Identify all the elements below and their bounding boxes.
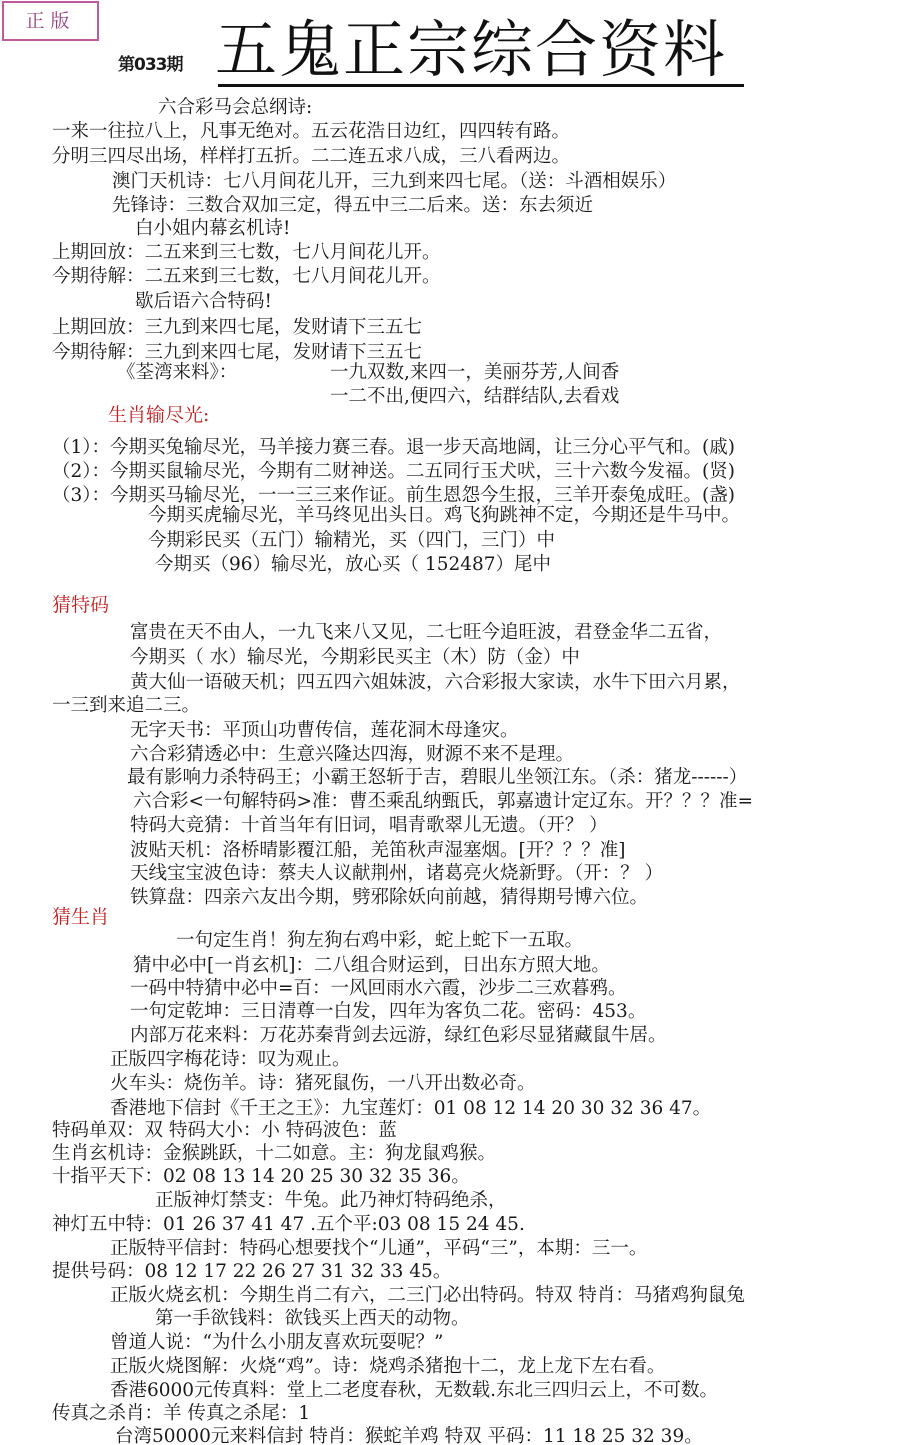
text-line: （1）：今期买兔输尽光，马羊接力赛三春。退一步天高地阔，让三分心平气和。(戚) [52,437,735,459]
text-line: 猜中必中[一肖玄机]：二八组合财运到，日出东方照大地。 [133,955,610,977]
text-line: 正版特平信封：特码心想要找个“儿通”，平码“三”，本期：三一。 [110,1238,647,1260]
text-line: 提供号码：08 12 17 22 26 27 31 32 33 45。 [52,1261,451,1283]
text-line: 富贵在天不由人，一九飞来八又见，二七旺今追旺波，君登金华二五省， [130,622,722,644]
text-line: 第一手欲钱料：欲钱买上西天的动物。 [155,1308,470,1330]
text-line: 特码大竞猜：十首当年有旧词，唱青歌翠儿无遗。（开？ ） [130,815,608,837]
text-line: 生肖玄机诗：金猴跳跃，十二如意。主：狗龙鼠鸡猴。 [52,1143,496,1165]
text-line: 传真之杀肖：羊 传真之杀尾：1 [52,1403,310,1425]
text-line: 上期回放：三九到来四七尾，发财请下三五七 [52,317,422,339]
text-line: 十指平天下：02 08 13 14 20 25 30 32 35 36。 [52,1166,470,1188]
text-line: 神灯五中特：01 26 37 41 47 .五个平:03 08 15 24 45… [52,1214,525,1236]
text-line: 内部万花来料：万花苏秦背剑去远游，绿红色彩尽显猪藏鼠牛居。 [130,1025,667,1047]
text-line: 上期回放：二五来到三七数，七八月间花儿开。 [52,242,441,264]
text-line: 一句定生肖！狗左狗右鸡中彩，蛇上蛇下一五取。 [176,930,583,952]
text-line: 六合彩<一句解特码>准：曹丕乘乱纳甄氏，郭嘉遗计定辽东。开？？？准= [133,791,753,813]
text-line: 正版神灯禁支：牛兔。此乃神灯特码绝杀， [155,1190,507,1212]
text-line: 天线宝宝波色诗：蔡夫人议献荆州，诸葛亮火烧新野。（开：？ ） [130,863,663,885]
text-line: 香港6000元传真料：堂上二老度春秋，无数载.东北三四归云上，不可数。 [110,1380,718,1402]
page-title: 五鬼正宗综合资料 [215,15,727,85]
text-line: 今期待解：二五来到三七数，七八月间花儿开。 [52,266,441,288]
text-line: （3）：今期买马输尽光，一一三三来作证。前生恩怨今生报，三羊开泰兔成旺。(盏) [52,485,735,507]
text-line: 六合彩马会总纲诗: [158,97,312,119]
text-line: 先锋诗：三数合双加三定，得五中三二后来。送：东去须近 [112,195,593,217]
text-line: 一九双数,来四一，美丽芬芳,人间香 [330,362,619,384]
text-line: 一二不出,便四六，结群结队,去看戏 [330,386,619,408]
title-underline [218,84,744,87]
text-line: 歇后语六合特码! [135,291,272,313]
text-line: 波贴天机：洛桥晴影覆江船，羌笛秋声湿塞烟。[开？？？准] [130,840,625,862]
text-line: 一三到来追二三。 [52,695,200,717]
text-line: 白小姐内幕玄机诗! [135,218,290,240]
section-heading: 生肖输尽光: [108,404,209,426]
text-line: 六合彩猜透必中：生意兴隆达四海，财源不来不是理。 [130,744,574,766]
text-line: 无字天书：平顶山功曹传信，莲花洞木母逢灾。 [130,720,519,742]
text-line: 正版火烧图解：火烧“鸡”。诗：烧鸡杀猪抱十二，龙上龙下左右看。 [110,1356,665,1378]
section-heading: 猜特码 [52,594,109,616]
text-line: 今期买虎输尽光，羊马终见出头日。鸡飞狗跳神不定，今期还是牛马中。 [148,505,740,527]
section-heading: 猜生肖 [52,906,109,928]
text-line: 台湾50000元来料信封 特肖：猴蛇羊鸡 特双 平码：11 18 25 32 3… [115,1426,703,1445]
text-line: 一句定乾坤：三日清尊一白发，四年为客负二花。密码：453。 [130,1001,646,1023]
text-line: 《荃湾来料》： [117,362,237,384]
text-line: 今期买（96）输尽光，放心买（ 152487）尾中 [155,554,551,576]
text-line: 曾道人说：“为什么小朋友喜欢玩耍呢？” [110,1332,443,1354]
text-line: 黄大仙一语破天机；四五四六姐妹波，六合彩报大家读，水牛下田六月累， [130,672,741,694]
zhengban-badge: 正版 [2,1,99,41]
text-line: 澳门天机诗：七八月间花儿开，三九到来四七尾。（送：斗酒相娱乐） [112,171,676,193]
issue-number: 第033期 [118,50,183,75]
text-line: 一码中特猜中必中=百：一风回雨水六霞，沙步二三欢暮鸦。 [130,978,627,1000]
text-line: 火车头：烧伤羊。诗：猪死鼠伤，一八开出数必奇。 [110,1073,536,1095]
text-line: 正版火烧玄机：今期生肖二有六，二三门必出特码。特双 特肖：马猪鸡狗鼠兔 [110,1285,745,1307]
text-line: 铁算盘：四亲六友出今期，劈邪除妖向前越，猜得期号博六位。 [130,887,648,909]
text-line: 今期待解：三九到来四七尾，发财请下三五七 [52,342,422,364]
text-line: 香港地下信封《千王之王》：九宝莲灯：01 08 12 14 20 30 32 3… [110,1098,711,1120]
text-line: 今期彩民买（五门）输精光，买（四门，三门）中 [148,530,555,552]
text-line: 最有影响力杀特码王；小霸王怒斩于吉，碧眼儿坐领江东。（杀：猪龙------） [127,767,747,789]
text-line: 分明三四尽出场，样样打五折。二二连五求八成，三八看两边。 [52,146,570,168]
text-line: 特码单双：双 特码大小：小 特码波色：蓝 [52,1120,397,1142]
text-line: （2）：今期买鼠输尽光，今期有二财神送。二五同行玉犬吠，三十六数今发福。(贤) [52,461,735,483]
text-line: 一来一往拉八上，凡事无绝对。五云花浩日边红，四四转有路。 [52,121,570,143]
text-line: 正版四字梅花诗：叹为观止。 [110,1049,351,1071]
text-line: 今期买（ 水）输尽光，今期彩民买主（木）防（金）中 [130,647,580,669]
